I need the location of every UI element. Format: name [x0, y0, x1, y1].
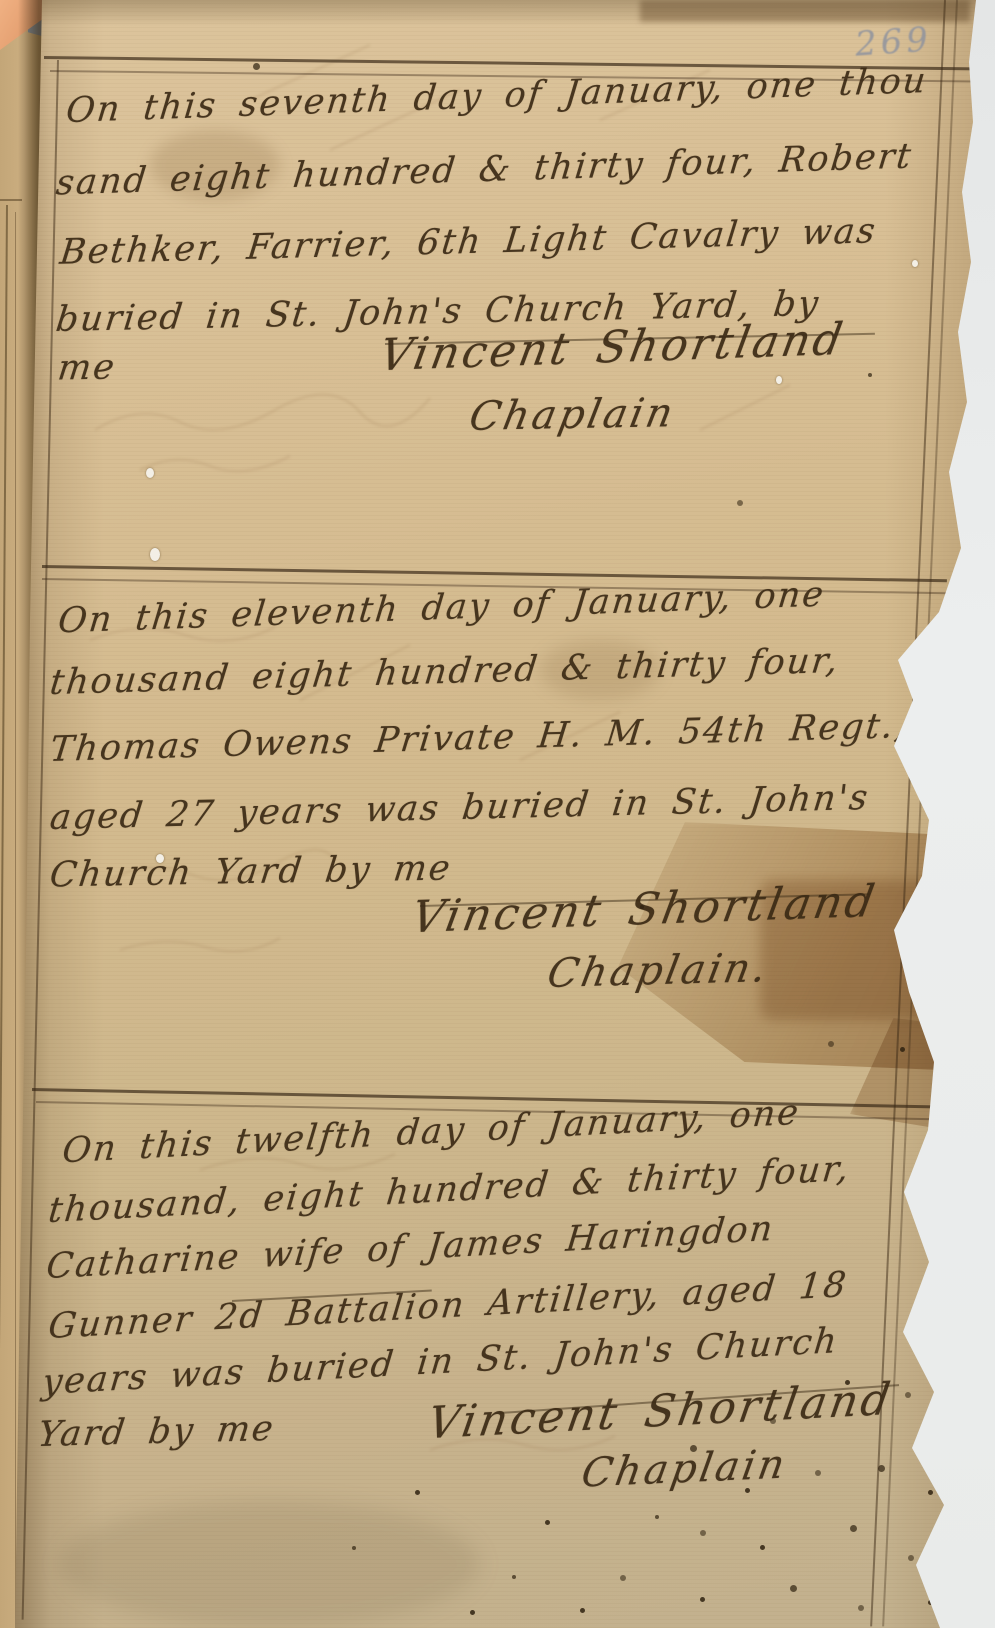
entry-line: Yard by me — [35, 1409, 277, 1455]
entry-line: Church Yard by me — [48, 848, 454, 895]
previous-page-rule — [15, 212, 16, 1628]
register-page: 269 On this seventh day of January, one … — [0, 0, 995, 1628]
signature-title: Chaplain. — [544, 945, 773, 997]
entry-line: me — [56, 347, 119, 388]
signature-title: Chaplain — [466, 390, 680, 440]
worm-hole — [156, 854, 164, 863]
page-number: 269 — [854, 19, 934, 64]
worm-hole — [776, 376, 782, 384]
worm-hole — [150, 548, 160, 561]
previous-page-rule — [0, 205, 8, 1628]
signature-title: Chaplain — [578, 1441, 791, 1496]
scanned-register-photo: 269 On this seventh day of January, one … — [0, 0, 995, 1628]
worm-hole — [146, 468, 154, 478]
worm-hole — [912, 260, 918, 267]
stain — [60, 1500, 480, 1628]
stain — [640, 0, 970, 22]
